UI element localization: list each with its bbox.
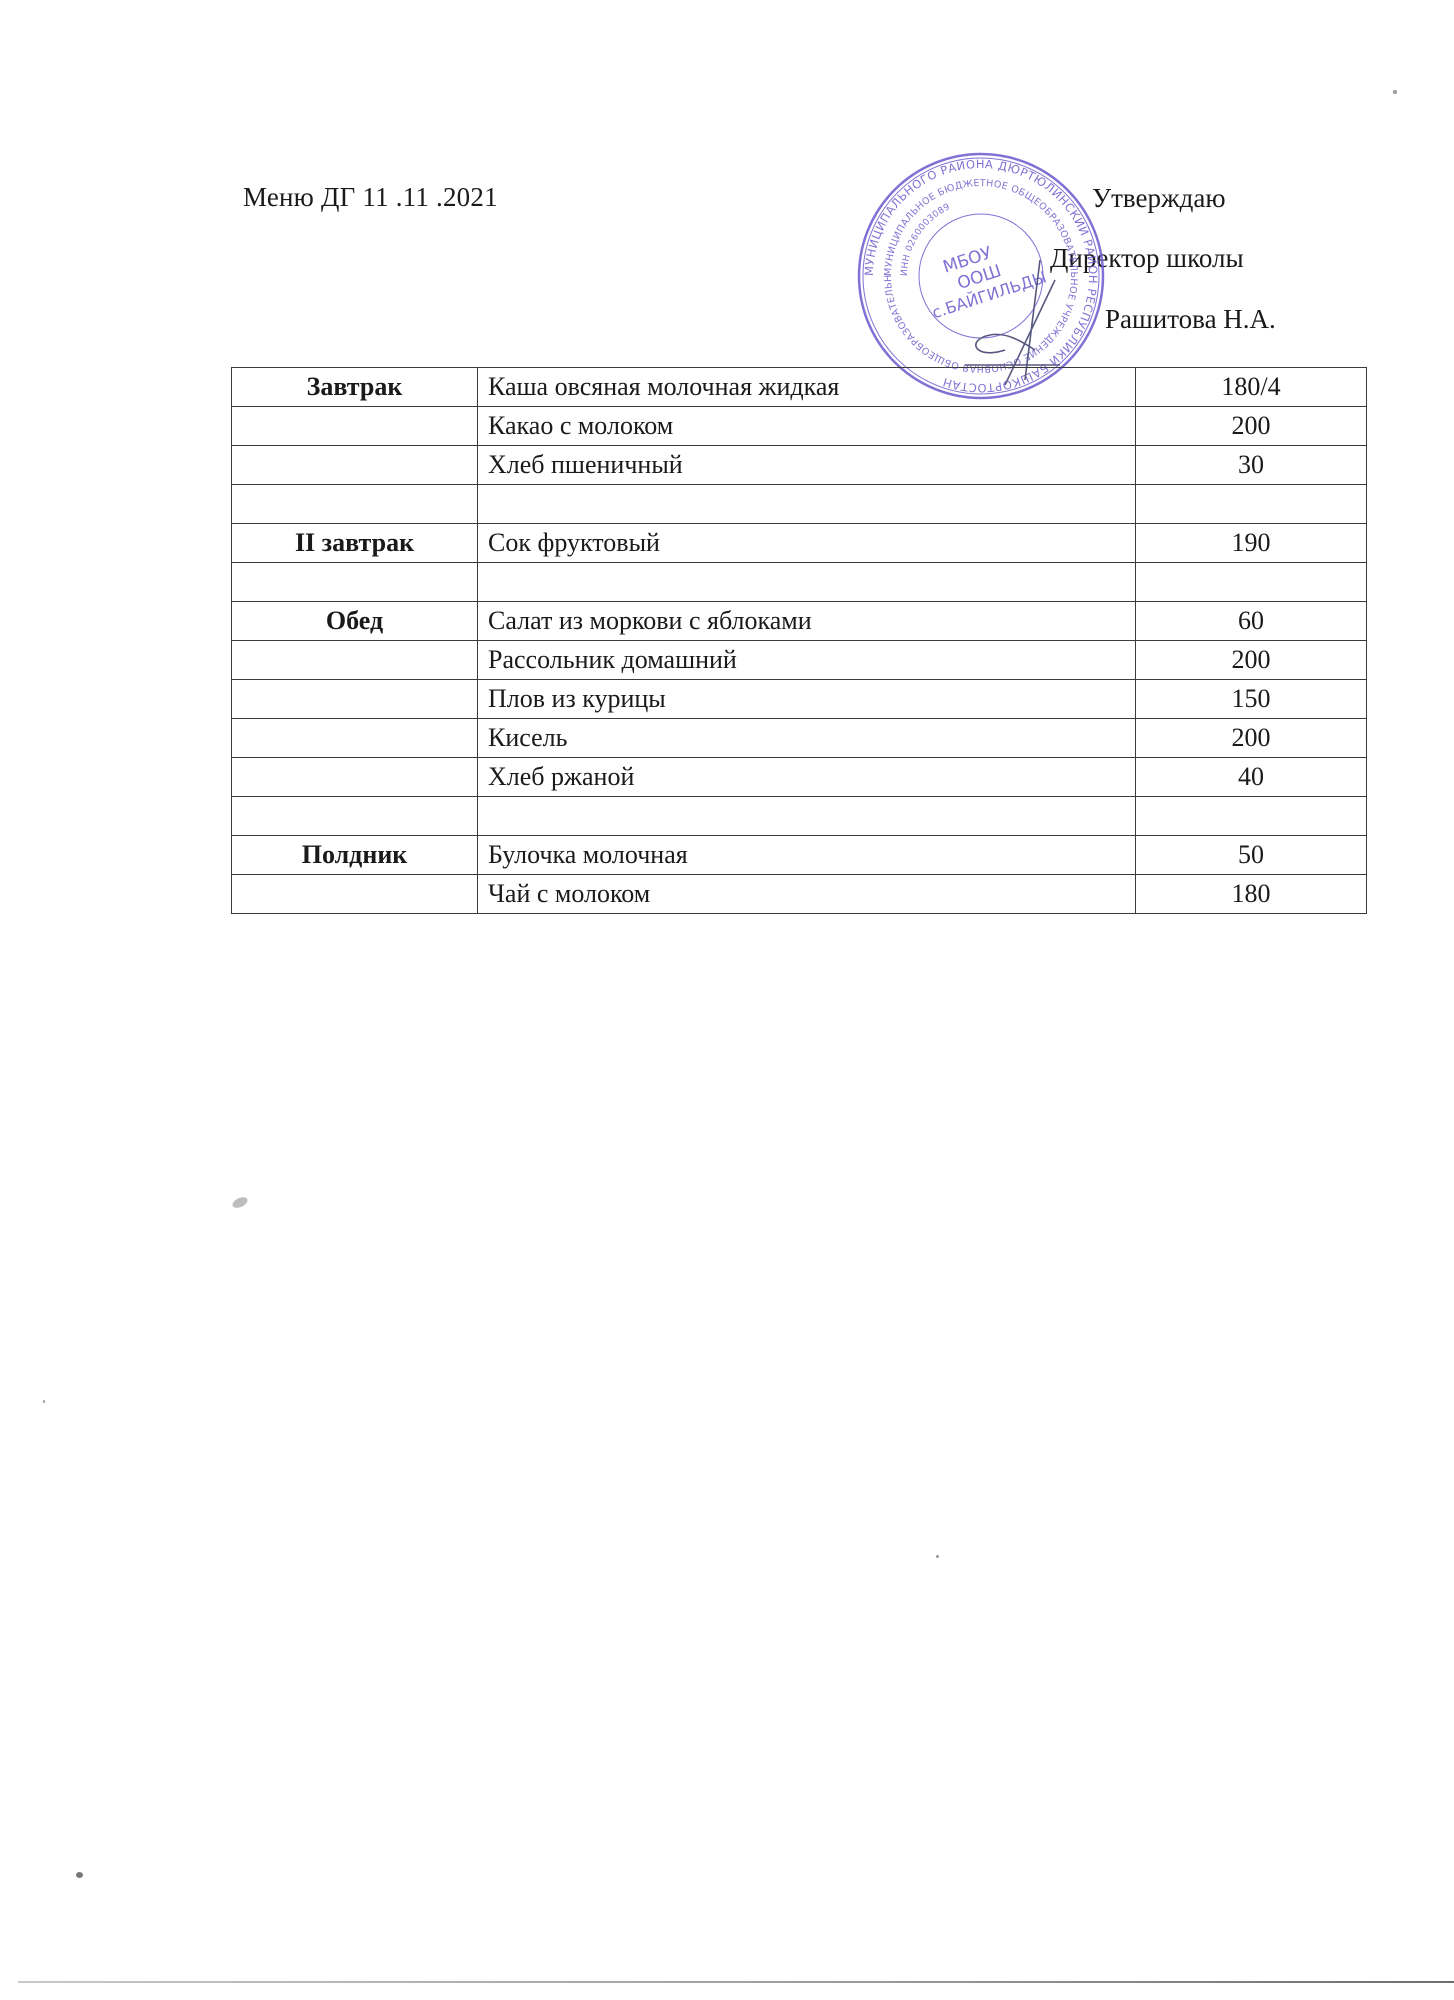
page-title: Меню ДГ 11 .11 .2021 <box>243 182 498 213</box>
table-row: Плов из курицы150 <box>232 680 1367 719</box>
quantity-cell: 150 <box>1136 680 1367 719</box>
dish-cell: Рассольник домашний <box>478 641 1136 680</box>
quantity-cell: 30 <box>1136 446 1367 485</box>
scan-edge-line <box>18 1981 1454 1983</box>
dish-cell: Хлеб пшеничный <box>478 446 1136 485</box>
dish-cell: Салат из моркови с яблоками <box>478 602 1136 641</box>
table-row: ЗавтракКаша овсяная молочная жидкая180/4 <box>232 368 1367 407</box>
quantity-cell: 180 <box>1136 875 1367 914</box>
quantity-cell: 180/4 <box>1136 368 1367 407</box>
dish-cell <box>478 485 1136 524</box>
approver-name: Рашитова Н.А. <box>1105 304 1276 335</box>
dish-cell: Сок фруктовый <box>478 524 1136 563</box>
svg-text:с.БАЙГИЛЬДЫ: с.БАЙГИЛЬДЫ <box>930 267 1049 322</box>
official-stamp-icon: МУНИЦИПАЛЬНОГО РАЙОНА ДЮРТЮЛИНСКИЙ РАЙОН… <box>855 150 1107 402</box>
meal-cell: Завтрак <box>232 368 478 407</box>
meal-cell <box>232 797 478 836</box>
table-row: ОбедСалат из моркови с яблоками60 <box>232 602 1367 641</box>
table-row: II завтракСок фруктовый190 <box>232 524 1367 563</box>
quantity-cell <box>1136 563 1367 602</box>
quantity-cell: 190 <box>1136 524 1367 563</box>
table-row: Какао с молоком200 <box>232 407 1367 446</box>
table-row <box>232 797 1367 836</box>
table-row: ПолдникБулочка молочная50 <box>232 836 1367 875</box>
menu-table: ЗавтракКаша овсяная молочная жидкая180/4… <box>231 367 1367 914</box>
table-row: Хлеб ржаной40 <box>232 758 1367 797</box>
meal-cell <box>232 875 478 914</box>
dish-cell: Каша овсяная молочная жидкая <box>478 368 1136 407</box>
table-row <box>232 563 1367 602</box>
table-row <box>232 485 1367 524</box>
table-row: Хлеб пшеничный30 <box>232 446 1367 485</box>
meal-cell: II завтрак <box>232 524 478 563</box>
quantity-cell: 200 <box>1136 407 1367 446</box>
quantity-cell <box>1136 485 1367 524</box>
approval-label: Утверждаю <box>1092 183 1226 214</box>
dish-cell <box>478 797 1136 836</box>
table-row: Рассольник домашний200 <box>232 641 1367 680</box>
meal-cell <box>232 680 478 719</box>
table-row: Чай с молоком180 <box>232 875 1367 914</box>
scan-speck <box>76 1872 83 1878</box>
meal-cell: Полдник <box>232 836 478 875</box>
meal-cell <box>232 563 478 602</box>
dish-cell: Плов из курицы <box>478 680 1136 719</box>
quantity-cell: 200 <box>1136 641 1367 680</box>
dish-cell: Булочка молочная <box>478 836 1136 875</box>
svg-text:ООШ: ООШ <box>955 261 1004 294</box>
meal-cell <box>232 758 478 797</box>
svg-text:МУНИЦИПАЛЬНОЕ БЮДЖЕТНОЕ ОБЩЕОБ: МУНИЦИПАЛЬНОЕ БЮДЖЕТНОЕ ОБЩЕОБРАЗОВАТЕЛЬ… <box>855 150 1079 374</box>
dish-cell: Кисель <box>478 719 1136 758</box>
scan-speck <box>43 1400 45 1403</box>
table-row: Кисель200 <box>232 719 1367 758</box>
dish-cell: Хлеб ржаной <box>478 758 1136 797</box>
quantity-cell: 50 <box>1136 836 1367 875</box>
dish-cell: Какао с молоком <box>478 407 1136 446</box>
approver-position: Директор школы <box>1050 243 1244 274</box>
meal-cell <box>232 719 478 758</box>
svg-text:ИНН 0260003089: ИНН 0260003089 <box>900 202 952 276</box>
dish-cell <box>478 563 1136 602</box>
quantity-cell: 40 <box>1136 758 1367 797</box>
quantity-cell: 200 <box>1136 719 1367 758</box>
meal-cell: Обед <box>232 602 478 641</box>
quantity-cell: 60 <box>1136 602 1367 641</box>
svg-text:МУНИЦИПАЛЬНОГО РАЙОНА ДЮРТЮЛИН: МУНИЦИПАЛЬНОГО РАЙОНА ДЮРТЮЛИНСКИЙ РАЙОН… <box>862 157 1101 395</box>
meal-cell <box>232 407 478 446</box>
svg-text:МБОУ: МБОУ <box>941 243 995 278</box>
scan-smudge <box>231 1195 249 1210</box>
meal-cell <box>232 485 478 524</box>
scan-speck <box>936 1555 939 1558</box>
meal-cell <box>232 641 478 680</box>
scan-speck <box>1393 90 1397 94</box>
dish-cell: Чай с молоком <box>478 875 1136 914</box>
quantity-cell <box>1136 797 1367 836</box>
meal-cell <box>232 446 478 485</box>
